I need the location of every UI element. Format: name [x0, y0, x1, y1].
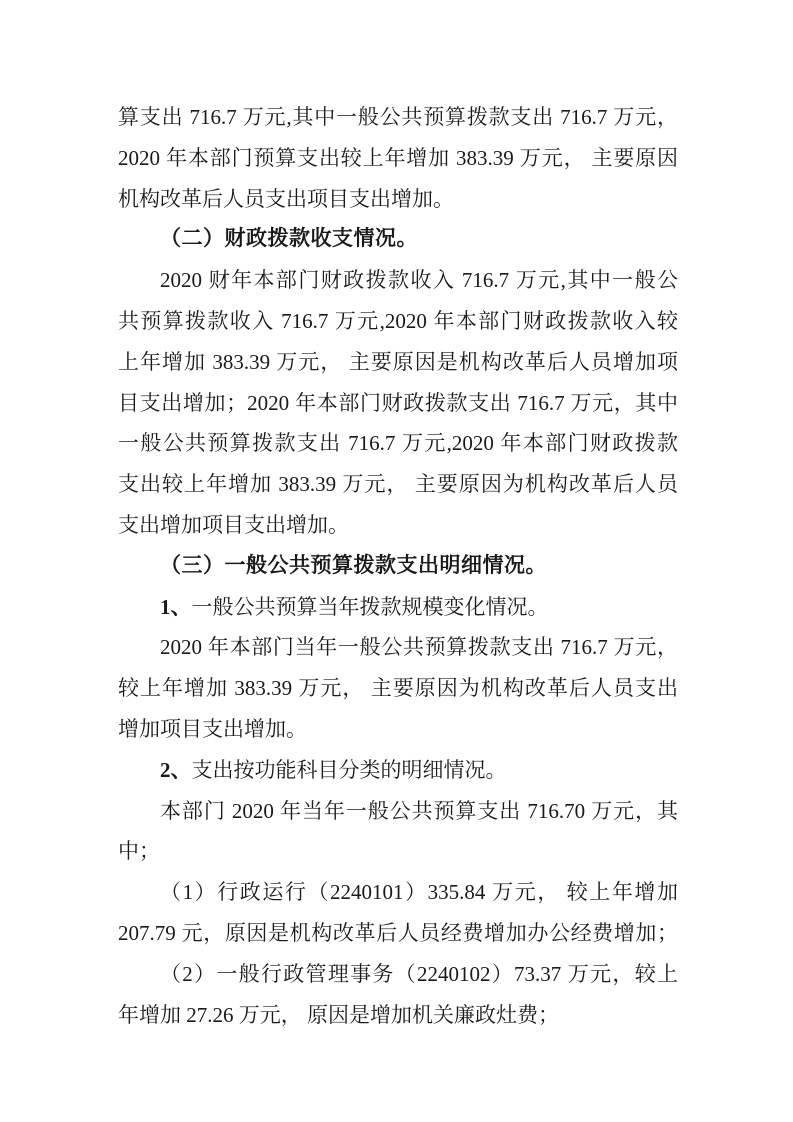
- para-scale-change-line: 2020 年本部门当年一般公共预算拨款支出 716.7 万元，: [118, 627, 678, 668]
- para-fiscal-appropriation-line: 支出较上年增加 383.39 万元， 主要原因为机构改革后人员: [118, 464, 678, 505]
- para-scale-change-line: 较上年增加 383.39 万元， 主要原因为机构改革后人员支出: [118, 668, 678, 709]
- para-scale-change-line: 增加项目支出增加。: [118, 709, 678, 750]
- para-item-1-admin-operation-line: （1）行政运行（2240101）335.84 万元， 较上年增加: [118, 872, 678, 913]
- subitem-2-title: 2、支出按功能科目分类的明细情况。: [118, 750, 678, 791]
- para-fiscal-appropriation-line: 2020 财年本部门财政拨款收入 716.7 万元,其中一般公: [118, 260, 678, 301]
- para-fiscal-appropriation-line: 目支出增加；2020 年本部门财政拨款支出 716.7 万元，其中: [118, 383, 678, 424]
- subitem-2-number: 2、: [160, 758, 192, 782]
- para-fiscal-appropriation-line: 上年增加 383.39 万元， 主要原因是机构改革后人员增加项: [118, 342, 678, 383]
- subitem-1-label: 一般公共预算当年拨款规模变化情况。: [192, 595, 549, 619]
- para-item-2-general-admin-line: （2）一般行政管理事务（2240102）73.37 万元，较上: [118, 954, 678, 995]
- para-budget-expense-line: 2020 年本部门预算支出较上年增加 383.39 万元， 主要原因: [118, 138, 678, 179]
- section-heading-3: （三）一般公共预算拨款支出明细情况。: [118, 546, 678, 587]
- section-heading-2: （二）财政拨款收支情况。: [118, 219, 678, 260]
- para-item-1-admin-operation-line: 207.79 元，原因是机构改革后人员经费增加办公经费增加；: [118, 913, 678, 954]
- para-fiscal-appropriation-line: 共预算拨款收入 716.7 万元,2020 年本部门财政拨款收入较: [118, 301, 678, 342]
- para-item-2-general-admin-line: 年增加 27.26 万元， 原因是增加机关廉政灶费；: [118, 995, 678, 1036]
- para-fiscal-appropriation-line: 一般公共预算拨款支出 716.7 万元,2020 年本部门财政拨款: [118, 423, 678, 464]
- document-page: 算支出 716.7 万元,其中一般公共预算拨款支出 716.7 万元， 2020…: [0, 0, 793, 1122]
- para-functional-total-line: 本部门 2020 年当年一般公共预算支出 716.70 万元，其: [118, 791, 678, 832]
- subitem-2-label: 支出按功能科目分类的明细情况。: [192, 758, 507, 782]
- subitem-1-number: 1、: [160, 595, 192, 619]
- para-fiscal-appropriation-line: 支出增加项目支出增加。: [118, 505, 678, 546]
- para-budget-expense-line: 算支出 716.7 万元,其中一般公共预算拨款支出 716.7 万元，: [118, 97, 678, 138]
- para-functional-total-line: 中；: [118, 831, 678, 872]
- para-budget-expense-line: 机构改革后人员支出项目支出增加。: [118, 179, 678, 220]
- subitem-1-title: 1、一般公共预算当年拨款规模变化情况。: [118, 587, 678, 628]
